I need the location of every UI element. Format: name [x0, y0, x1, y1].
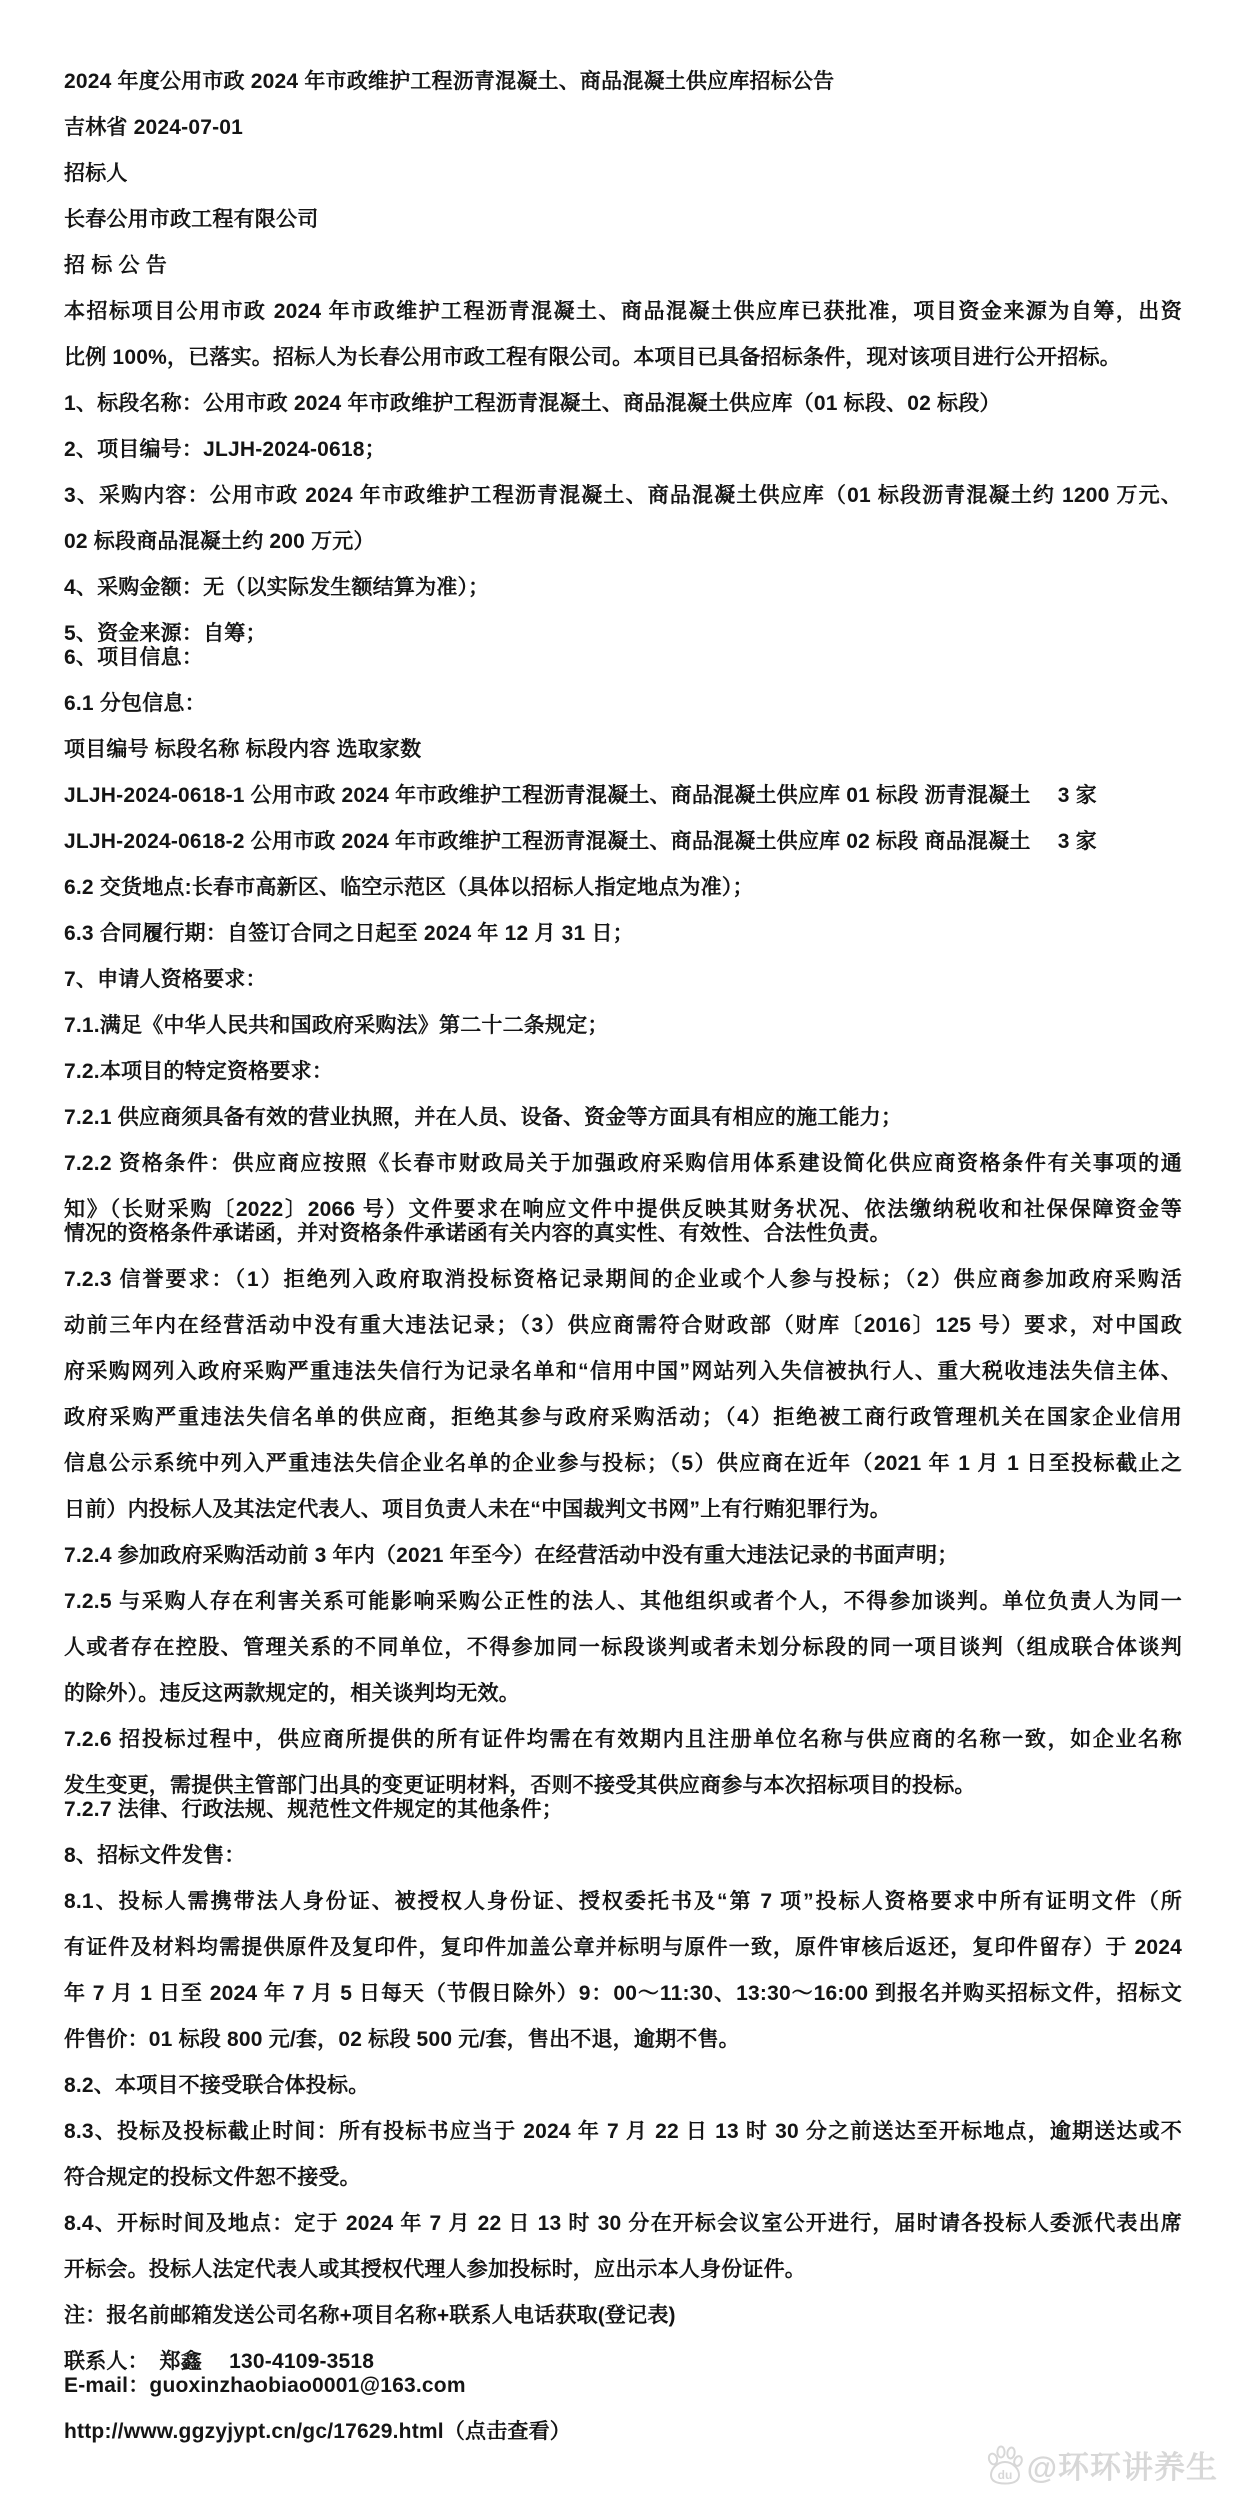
- package-row-01: JLJH-2024-0618-1 公用市政 2024 年市政维护工程沥青混凝土、…: [64, 773, 1182, 819]
- document-line: 7、申请人资格要求：: [64, 957, 1182, 1003]
- document-line: 6.3 合同履行期：自签订合同之日起至 2024 年 12 月 31 日；: [64, 911, 1182, 957]
- document-line: 件售价：01 标段 800 元/套，02 标段 500 元/套，售出不退，逾期不…: [64, 2017, 1182, 2063]
- package-table-header: 项目编号 标段名称 标段内容 选取家数: [64, 727, 1182, 773]
- baidu-paw-icon: du: [986, 2445, 1024, 2485]
- document-line: 7.2.1 供应商须具备有效的营业执照，并在人员、设备、资金等方面具有相应的施工…: [64, 1095, 1182, 1141]
- document-line: 有证件及材料均需提供原件及复印件，复印件加盖公章并标明与原件一致，原件审核后返还…: [64, 1925, 1182, 1971]
- document-line: 7.2.3 信誉要求：（1）拒绝列入政府取消投标资格记录期间的企业或个人参与投标…: [64, 1257, 1182, 1303]
- document-line: 信息公示系统中列入严重违法失信企业名单的企业参与投标；（5）供应商在近年（202…: [64, 1441, 1182, 1487]
- document-line: 年 7 月 1 日至 2024 年 7 月 5 日每天（节假日除外）9：00～1…: [64, 1971, 1182, 2017]
- document-line: 8.2、本项目不接受联合体投标。: [64, 2063, 1182, 2109]
- document-line: 比例 100%，已落实。招标人为长春公用市政工程有限公司。本项目已具备招标条件，…: [64, 335, 1182, 381]
- province-date: 吉林省 2024-07-01: [64, 105, 1182, 151]
- document-line: 4、采购金额：无（以实际发生额结算为准）；: [64, 565, 1182, 611]
- document-line: 8、招标文件发售：: [64, 1833, 1182, 1879]
- document-line: 人或者存在控股、管理关系的不同单位，不得参加同一标段谈判或者未划分标段的同一项目…: [64, 1625, 1182, 1671]
- document-body: 2024 年度公用市政 2024 年市政维护工程沥青混凝土、商品混凝土供应库招标…: [64, 59, 1182, 2455]
- document-line: 02 标段商品混凝土约 200 万元）: [64, 519, 1182, 565]
- document-line: 7.2.本项目的特定资格要求：: [64, 1049, 1182, 1095]
- document-line: 招标人: [64, 151, 1182, 197]
- watermark: du @环环讲养生: [986, 2442, 1218, 2487]
- document-line: 政府采购严重违法失信名单的供应商，拒绝其参与政府采购活动；（4）拒绝被工商行政管…: [64, 1395, 1182, 1441]
- announcement-heading: 招 标 公 告: [64, 243, 1182, 289]
- document-line: 3、采购内容：公用市政 2024 年市政维护工程沥青混凝土、商品混凝土供应库（0…: [64, 473, 1182, 519]
- watermark-handle: @环环讲养生: [1027, 2442, 1218, 2487]
- document-line: 日前）内投标人及其法定代表人、项目负责人未在“中国裁判文书网”上有行贿犯罪行为。: [64, 1487, 1182, 1533]
- package-row-02: JLJH-2024-0618-2 公用市政 2024 年市政维护工程沥青混凝土、…: [64, 819, 1182, 865]
- document-line: 动前三年内在经营活动中没有重大违法记录；（3）供应商需符合财政部（财库〔2016…: [64, 1303, 1182, 1349]
- document-line: 7.2.6 招投标过程中，供应商所提供的所有证件均需在有效期内且注册单位名称与供…: [64, 1717, 1182, 1763]
- document-line: 8.3、投标及投标截止时间：所有投标书应当于 2024 年 7 月 22 日 1…: [64, 2109, 1182, 2155]
- contact-email: E-mail：guoxinzhaobiao0001@163.com: [64, 2363, 1182, 2409]
- document-line: 8.4、开标时间及地点：定于 2024 年 7 月 22 日 13 时 30 分…: [64, 2201, 1182, 2247]
- svg-text:du: du: [997, 2468, 1012, 2482]
- registration-note: 注：报名前邮箱发送公司名称+项目名称+联系人电话获取(登记表): [64, 2293, 1182, 2339]
- document-line: 2、项目编号：JLJH-2024-0618；: [64, 427, 1182, 473]
- document-line: 6.1 分包信息：: [64, 681, 1182, 727]
- document-line: 本招标项目公用市政 2024 年市政维护工程沥青混凝土、商品混凝土供应库已获批准…: [64, 289, 1182, 335]
- document-line: 符合规定的投标文件恕不接受。: [64, 2155, 1182, 2201]
- document-line: 府采购网列入政府采购严重违法失信行为记录名单和“信用中国”网站列入失信被执行人、…: [64, 1349, 1182, 1395]
- document-line: 的除外）。违反这两款规定的，相关谈判均无效。: [64, 1671, 1182, 1717]
- document-line: 7.2.4 参加政府采购活动前 3 年内（2021 年至今）在经营活动中没有重大…: [64, 1533, 1182, 1579]
- document-line: 开标会。投标人法定代表人或其授权代理人参加投标时，应出示本人身份证件。: [64, 2247, 1182, 2293]
- document-line: 8.1、投标人需携带法人身份证、被授权人身份证、授权委托书及“第 7 项”投标人…: [64, 1879, 1182, 1925]
- document-line: 7.2.5 与采购人存在利害关系可能影响采购公正性的法人、其他组织或者个人，不得…: [64, 1579, 1182, 1625]
- tenderer-name: 长春公用市政工程有限公司: [64, 197, 1182, 243]
- document-title: 2024 年度公用市政 2024 年市政维护工程沥青混凝土、商品混凝土供应库招标…: [64, 59, 1182, 105]
- document-line: 7.2.2 资格条件：供应商应按照《长春市财政局关于加强政府采购信用体系建设简化…: [64, 1141, 1182, 1187]
- document-line: 7.1.满足《中华人民共和国政府采购法》第二十二条规定；: [64, 1003, 1182, 1049]
- document-line: 1、标段名称：公用市政 2024 年市政维护工程沥青混凝土、商品混凝土供应库（0…: [64, 381, 1182, 427]
- document-line: 6.2 交货地点:长春市高新区、临空示范区（具体以招标人指定地点为准）；: [64, 865, 1182, 911]
